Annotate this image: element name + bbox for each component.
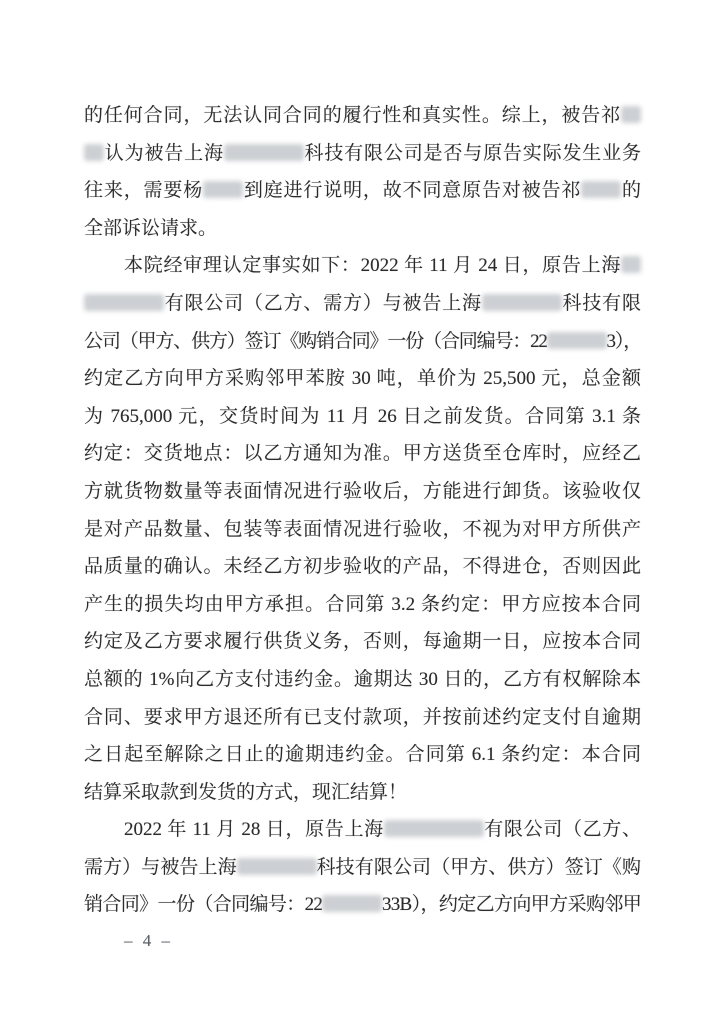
text-line: 有限公司（乙方、需方）与被告上海科技有限 xyxy=(84,285,641,323)
text-run: 到庭进行说明，故不同意原告对被告祁 xyxy=(243,180,581,201)
text-line: 全部诉讼请求。 xyxy=(84,210,641,248)
text-line: 认为被告上海科技有限公司是否与原告实际发生业务 xyxy=(84,135,641,173)
document-page: 的任何合同，无法认同合同的履行性和真实性。综上，被告祁认为被告上海科技有限公司是… xyxy=(0,0,724,1024)
redaction-blur xyxy=(547,332,607,349)
text-line: 产生的损失均由甲方承担。合同第 3.2 条约定：甲方应按本合同 xyxy=(84,586,641,624)
text-run: 33B），约定乙方向甲方采购邻甲 xyxy=(382,894,641,915)
text-run: 约定乙方向甲方采购邻甲苯胺 30 吨，单价为 25,500 元，总金额 xyxy=(84,368,641,389)
page-number: – 4 – xyxy=(124,931,173,951)
text-run: 之日起至解除之日止的逾期违约金。合同第 6.1 条约定：本合同 xyxy=(84,744,641,765)
text-run: 科技有限公司是否与原告实际发生业务 xyxy=(304,143,641,164)
text-line: 是对产品数量、包装等表面情况进行验收，不视为对甲方所供产 xyxy=(84,511,641,549)
redaction-blur xyxy=(384,820,484,837)
text-line: 的任何合同，无法认同合同的履行性和真实性。综上，被告祁 xyxy=(84,97,641,135)
redaction-blur xyxy=(84,294,164,311)
text-run: 总额的 1%向乙方支付违约金。逾期达 30 日的，乙方有权解除本 xyxy=(84,669,641,690)
text-run: 有限公司（乙方、需方）与被告上海 xyxy=(164,293,482,314)
text-run: 的 xyxy=(621,180,641,201)
redaction-blur xyxy=(621,256,641,273)
text-line: 之日起至解除之日止的逾期违约金。合同第 6.1 条约定：本合同 xyxy=(84,736,641,774)
text-run: 本院经审理认定事实如下：2022 年 11 月 24 日，原告上海 xyxy=(124,255,621,276)
text-run: 认为被告上海 xyxy=(104,143,224,164)
text-run: 科技有限 xyxy=(562,293,641,314)
text-run: 约定：交货地点：以乙方通知为准。甲方送货至仓库时，应经乙 xyxy=(84,443,641,464)
text-run: 科技有限公司（甲方、供方）签订《购 xyxy=(317,857,641,878)
text-line: 约定：交货地点：以乙方通知为准。甲方送货至仓库时，应经乙 xyxy=(84,435,641,473)
text-run: 3）， xyxy=(607,331,641,352)
text-run: 方就货物数量等表面情况进行验收后，方能进行卸货。该验收仅 xyxy=(84,481,641,502)
text-run: 需方）与被告上海 xyxy=(84,857,237,878)
text-line: 公司（甲方、供方）签订《购销合同》一份（合同编号：223）， xyxy=(84,323,641,361)
document-body: 的任何合同，无法认同合同的履行性和真实性。综上，被告祁认为被告上海科技有限公司是… xyxy=(84,97,641,924)
text-run: 公司（甲方、供方）签订《购销合同》一份（合同编号：22 xyxy=(84,331,547,352)
text-line: 需方）与被告上海科技有限公司（甲方、供方）签订《购 xyxy=(84,849,641,887)
text-run: 的任何合同，无法认同合同的履行性和真实性。综上，被告祁 xyxy=(84,105,621,126)
text-line: 总额的 1%向乙方支付违约金。逾期达 30 日的，乙方有权解除本 xyxy=(84,661,641,699)
text-run: 约定及乙方要求履行供货义务，否则，每逾期一日，应按本合同 xyxy=(84,631,641,652)
text-run: 全部诉讼请求。 xyxy=(84,218,217,239)
text-line: 往来，需要杨到庭进行说明，故不同意原告对被告祁的 xyxy=(84,172,641,210)
text-run: 结算采取款到发货的方式，现汇结算！ xyxy=(84,782,407,803)
redaction-blur xyxy=(203,181,243,198)
text-line: 为 765,000 元，交货时间为 11 月 26 日之前发货。合同第 3.1 … xyxy=(84,398,641,436)
redaction-blur xyxy=(482,294,562,311)
redaction-blur xyxy=(322,895,382,912)
text-line: 方就货物数量等表面情况进行验收后，方能进行卸货。该验收仅 xyxy=(84,473,641,511)
text-run: 产生的损失均由甲方承担。合同第 3.2 条约定：甲方应按本合同 xyxy=(84,594,641,615)
redaction-blur xyxy=(84,144,104,161)
text-run: 为 765,000 元，交货时间为 11 月 26 日之前发货。合同第 3.1 … xyxy=(84,406,641,427)
text-line: 品质量的确认。未经乙方初步验收的产品，不得进仓，否则因此 xyxy=(84,548,641,586)
text-line: 合同、要求甲方退还所有已支付款项，并按前述约定支付自逾期 xyxy=(84,699,641,737)
text-line: 2022 年 11 月 28 日，原告上海有限公司（乙方、 xyxy=(84,811,641,849)
text-line: 销合同》一份（合同编号：2233B），约定乙方向甲方采购邻甲 xyxy=(84,886,641,924)
text-run: 往来，需要杨 xyxy=(84,180,203,201)
text-line: 约定乙方向甲方采购邻甲苯胺 30 吨，单价为 25,500 元，总金额 xyxy=(84,360,641,398)
text-line: 结算采取款到发货的方式，现汇结算！ xyxy=(84,774,641,812)
text-run: 品质量的确认。未经乙方初步验收的产品，不得进仓，否则因此 xyxy=(84,556,641,577)
redaction-blur xyxy=(581,181,621,198)
text-run: 是对产品数量、包装等表面情况进行验收，不视为对甲方所供产 xyxy=(84,519,641,540)
text-run: 销合同》一份（合同编号：22 xyxy=(84,894,322,915)
redaction-blur xyxy=(237,858,317,875)
redaction-blur xyxy=(621,106,641,123)
redaction-blur xyxy=(224,144,304,161)
text-line: 约定及乙方要求履行供货义务，否则，每逾期一日，应按本合同 xyxy=(84,623,641,661)
text-line: 本院经审理认定事实如下：2022 年 11 月 24 日，原告上海 xyxy=(84,247,641,285)
text-run: 合同、要求甲方退还所有已支付款项，并按前述约定支付自逾期 xyxy=(84,707,641,728)
text-run: 有限公司（乙方、 xyxy=(484,819,641,840)
text-run: 2022 年 11 月 28 日，原告上海 xyxy=(124,819,384,840)
